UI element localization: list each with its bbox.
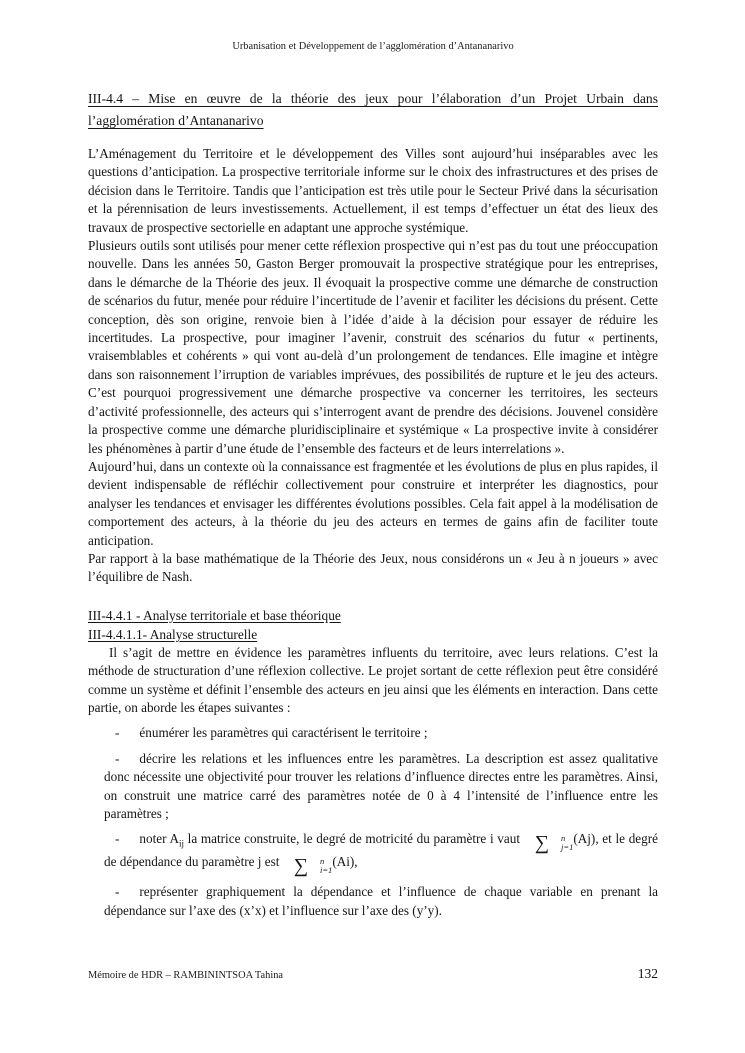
running-header: Urbanisation et Développement de l’agglo…	[88, 40, 658, 53]
paragraph-amenagement: L’Aménagement du Territoire et le dévelo…	[88, 145, 658, 237]
list-item-enumerer-parametres: -énumérer les paramètres qui caractérise…	[104, 724, 658, 742]
list-item-text: la matrice construite, le degré de motri…	[184, 831, 524, 846]
summation-argument: (Aj)	[573, 831, 595, 846]
summation-limits: nj=1	[550, 834, 573, 854]
list-item-text: noter A	[139, 831, 179, 846]
paragraph-analyse-structurelle-intro: Il s’agit de mettre en évidence les para…	[88, 644, 658, 718]
page-number: 132	[638, 966, 658, 982]
list-item-text: décrire les relations et les influences …	[104, 751, 658, 821]
bullet-dash: -	[115, 831, 119, 846]
paragraph-connaissance-fragmentee: Aujourd’hui, dans un contexte où la conn…	[88, 458, 658, 550]
document-page: Urbanisation et Développement de l’agglo…	[0, 0, 745, 1053]
paragraph-prospective-outils: Plusieurs outils sont utilisés pour mene…	[88, 237, 658, 458]
subsection-heading-analyse-structurelle: III-4.4.1.1- Analyse structurelle	[88, 625, 658, 644]
bullet-dash: -	[115, 751, 119, 766]
summation-motricite-formula: ∑nj=1	[524, 833, 574, 853]
bullet-dash: -	[115, 725, 119, 740]
subsection-heading-analyse-territoriale: III-4.4.1 - Analyse territoriale et base…	[88, 606, 658, 625]
summation-lower-limit: j=1	[550, 843, 573, 853]
steps-list: -énumérer les paramètres qui caractérise…	[88, 724, 658, 920]
list-item-noter-matrice: -noter Aij la matrice construite, le deg…	[104, 830, 658, 876]
list-item-text: ,	[354, 854, 357, 869]
summation-dependance-formula: ∑ni=1	[283, 856, 333, 876]
bullet-dash: -	[115, 884, 119, 899]
page-footer: Mémoire de HDR – RAMBININTSOA Tahina 132	[88, 966, 658, 982]
summation-lower-limit: i=1	[309, 866, 332, 876]
sigma-symbol: ∑	[524, 833, 549, 853]
list-item-text: énumérer les paramètres qui caractérisen…	[139, 725, 427, 740]
list-item-decrire-relations: -décrire les relations et les influences…	[104, 750, 658, 824]
sigma-symbol: ∑	[283, 856, 308, 876]
summation-argument: (Ai)	[332, 854, 354, 869]
section-heading: III-4.4 – Mise en œuvre de la théorie de…	[88, 88, 658, 132]
paragraph-theorie-des-jeux: Par rapport à la base mathématique de la…	[88, 550, 658, 587]
list-item-text: représenter graphiquement la dépendance …	[104, 884, 658, 917]
list-item-representer-graphiquement: -représenter graphiquement la dépendance…	[104, 883, 658, 920]
footer-author: Mémoire de HDR – RAMBININTSOA Tahina	[88, 970, 283, 981]
summation-limits: ni=1	[309, 857, 332, 877]
